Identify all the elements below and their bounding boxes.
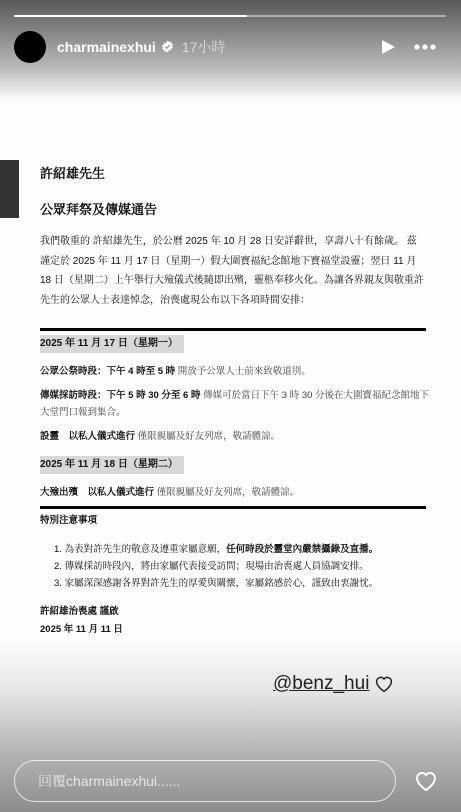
media-session-label: 傳媒採訪時段：下午 5 時 30 分至 6 時 [40, 390, 200, 401]
intro-paragraph: 我們敬重的 許紹雄先生，於公曆 2025 年 10 月 28 日安詳辭世，享壽八… [40, 232, 426, 310]
notes-title: 特別注意事項 [40, 512, 430, 529]
media-session: 傳媒採訪時段：下午 5 時 30 分至 6 時 傳媒可於當日下午 3 時 30 … [40, 387, 430, 421]
reply-input[interactable] [36, 772, 340, 790]
time-ago: 17小時 [182, 37, 226, 57]
side-edge-tab [0, 160, 19, 218]
day2-date: 2025 年 11 月 18 日（星期二） [40, 456, 184, 474]
play-icon[interactable] [380, 39, 396, 55]
avatar[interactable] [14, 31, 46, 63]
signature-date: 2025 年 11 月 11 日 [40, 621, 430, 638]
mention-sticker[interactable]: @benz_hui [273, 673, 394, 695]
note-item: 3. 家屬深深感謝各界對許先生的厚愛與關懷，家屬銘感於心，謹致由衷謝忱。 [54, 575, 426, 592]
document-title: 公眾拜祭及傳媒通告 [40, 200, 157, 219]
wake-label: 設靈 以私人儀式進行 [40, 431, 135, 442]
story-progress-fill [14, 15, 247, 17]
reply-field[interactable] [14, 760, 396, 802]
story-progress-bar [14, 15, 446, 17]
story-header: charmainexhui 17小時 [14, 30, 446, 63]
day1-date: 2025 年 11 月 17 日（星期一） [40, 335, 184, 353]
document-name: 許紹雄先生 [40, 164, 105, 183]
mention-text[interactable]: @benz_hui [273, 673, 369, 695]
heart-icon [374, 675, 394, 693]
funeral-label: 大殮出殯 以私人儀式進行 [40, 487, 154, 498]
note-item: 1. 為表對許先生的敬意及遵重家屬意願，任何時段於靈堂內嚴禁攝錄及直播。 [54, 541, 426, 558]
username[interactable]: charmainexhui [57, 39, 156, 55]
signature: 許紹雄治喪處 謹啟 [40, 603, 430, 620]
public-session-label: 公眾公祭時段：下午 4 時至 5 時 [40, 366, 175, 377]
like-heart-icon[interactable] [414, 770, 438, 792]
more-icon[interactable] [414, 44, 436, 50]
divider [40, 506, 426, 509]
verified-badge-icon [161, 40, 174, 53]
wake-text: 僅限親屬及好友列席，敬請體諒。 [138, 431, 281, 442]
divider [40, 328, 426, 331]
public-session-text: 開放予公眾人士前來致敬道別。 [178, 366, 311, 377]
wake-session: 設靈 以私人儀式進行 僅限親屬及好友列席，敬請體諒。 [40, 428, 430, 445]
funeral-session: 大殮出殯 以私人儀式進行 僅限親屬及好友列席，敬請體諒。 [40, 484, 430, 501]
funeral-text: 僅限親屬及好友列席，敬請體諒。 [157, 487, 300, 498]
note-item: 2. 傳媒採訪時段內，將由家屬代表接受訪問；現場由治喪處人員協調安排。 [54, 558, 426, 575]
public-session: 公眾公祭時段：下午 4 時至 5 時 開放予公眾人士前來致敬道別。 [40, 363, 430, 380]
